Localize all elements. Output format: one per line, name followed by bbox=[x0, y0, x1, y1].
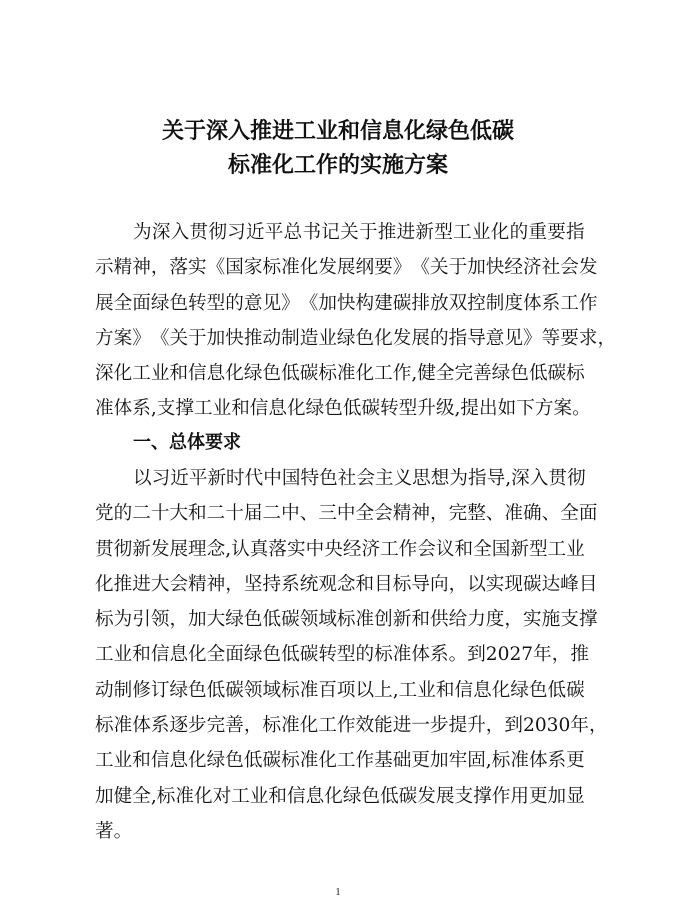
section-heading-general-requirements: 一、总体要求 bbox=[133, 431, 241, 455]
paragraph-1-line-1: 为深入贯彻习近平总书记关于推进新型工业化的重要指 bbox=[133, 221, 585, 245]
page-number: 1 bbox=[0, 886, 676, 898]
paragraph-2-line-9: 工业和信息化绿色低碳标准化工作基础更加牢固,标准体系更 bbox=[95, 749, 585, 773]
paragraph-1-line-3: 展全面绿色转型的意见》《加快构建碳排放双控制度体系工作 bbox=[95, 292, 585, 316]
document-title-line-2: 标准化工作的实施方案 bbox=[0, 148, 676, 179]
paragraph-2-line-2: 党的二十大和二十届二中、三中全会精神，完整、准确、全面 bbox=[95, 502, 585, 526]
paragraph-2-line-6: 工业和信息化全面绿色低碳转型的标准体系。到2027年，推 bbox=[95, 643, 585, 667]
paragraph-2-line-7: 动制修订绿色低碳领域标准百项以上,工业和信息化绿色低碳 bbox=[95, 679, 585, 703]
paragraph-1-line-5: 深化工业和信息化绿色低碳标准化工作,健全完善绿色低碳标 bbox=[95, 362, 585, 386]
paragraph-2-line-4: 化推进大会精神，坚持系统观念和目标导向，以实现碳达峰目 bbox=[95, 573, 585, 597]
document-page: 关于深入推进工业和信息化绿色低碳 标准化工作的实施方案 为深入贯彻习近平总书记关… bbox=[0, 0, 676, 908]
paragraph-1-line-4: 方案》《关于加快推动制造业绿色化发展的指导意见》等要求， bbox=[95, 327, 585, 351]
paragraph-2-line-3: 贯彻新发展理念,认真落实中央经济工作会议和全国新型工业 bbox=[95, 538, 585, 562]
paragraph-1-line-2: 示精神，落实《国家标准化发展纲要》《关于加快经济社会发 bbox=[95, 256, 585, 280]
paragraph-1-line-6: 准体系,支撑工业和信息化绿色低碳转型升级,提出如下方案。 bbox=[95, 397, 585, 421]
paragraph-2-line-10: 加健全,标准化对工业和信息化绿色低碳发展支撑作用更加显 bbox=[95, 785, 585, 809]
paragraph-2-line-11: 著。 bbox=[95, 820, 585, 844]
paragraph-2-line-5: 标为引领，加大绿色低碳领域标准创新和供给力度，实施支撑 bbox=[95, 608, 585, 632]
document-title-line-1: 关于深入推进工业和信息化绿色低碳 bbox=[0, 114, 676, 145]
paragraph-2-line-8: 标准体系逐步完善，标准化工作效能进一步提升，到2030年， bbox=[95, 714, 585, 738]
paragraph-2-line-1: 以习近平新时代中国特色社会主义思想为指导,深入贯彻 bbox=[133, 467, 585, 491]
